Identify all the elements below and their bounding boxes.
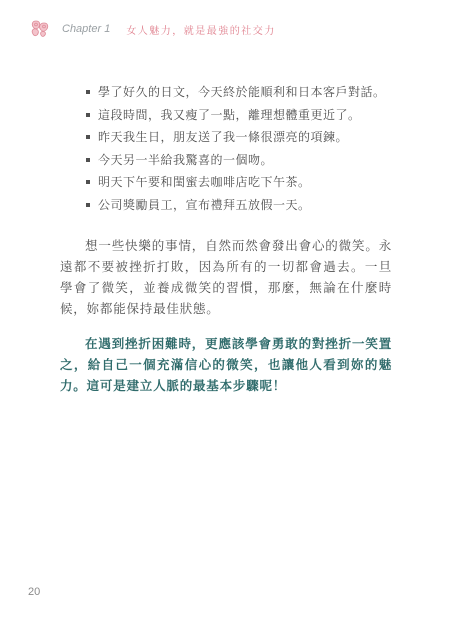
chapter-label: Chapter 1	[62, 23, 110, 35]
list-item-text: 昨天我生日，朋友送了我一條很漂亮的項鍊。	[98, 129, 348, 145]
list-item-text: 明天下午要和閨蜜去咖啡店吃下午茶。	[98, 174, 311, 190]
chapter-title: 女人魅力，就是最強的社交力	[126, 22, 276, 37]
square-bullet-icon	[86, 180, 90, 184]
book-page: Chapter 1 女人魅力，就是最強的社交力 學了好久的日文，今天終於能順利和…	[0, 0, 450, 630]
square-bullet-icon	[86, 203, 90, 207]
list-item: 昨天我生日，朋友送了我一條很漂亮的項鍊。	[86, 129, 410, 145]
list-item: 學了好久的日文，今天終於能順利和日本客戶對話。	[86, 84, 410, 100]
rose-icon	[28, 18, 56, 40]
body-paragraph: 想一些快樂的事情，自然而然會發出會心的微笑。永遠都不要被挫折打敗，因為所有的一切…	[60, 236, 392, 320]
square-bullet-icon	[86, 158, 90, 162]
square-bullet-icon	[86, 90, 90, 94]
square-bullet-icon	[86, 135, 90, 139]
list-item-text: 公司獎勵員工，宣布禮拜五放假一天。	[98, 197, 311, 213]
chapter-header: Chapter 1 女人魅力，就是最強的社交力	[28, 18, 422, 40]
list-item: 這段時間，我又瘦了一點，離理想體重更近了。	[86, 107, 410, 123]
list-item: 明天下午要和閨蜜去咖啡店吃下午茶。	[86, 174, 410, 190]
list-item-text: 這段時間，我又瘦了一點，離理想體重更近了。	[98, 107, 361, 123]
list-item-text: 學了好久的日文，今天終於能順利和日本客戶對話。	[98, 84, 386, 100]
list-item: 今天另一半給我驚喜的一個吻。	[86, 152, 410, 168]
highlight-paragraph: 在遇到挫折困難時，更應該學會勇敢的對挫折一笑置之，給自己一個充滿信心的微笑，也讓…	[60, 334, 392, 397]
page-number: 20	[28, 586, 40, 598]
happy-things-list: 學了好久的日文，今天終於能順利和日本客戶對話。 這段時間，我又瘦了一點，離理想體…	[86, 84, 410, 219]
list-item-text: 今天另一半給我驚喜的一個吻。	[98, 152, 273, 168]
list-item: 公司獎勵員工，宣布禮拜五放假一天。	[86, 197, 410, 213]
square-bullet-icon	[86, 113, 90, 117]
